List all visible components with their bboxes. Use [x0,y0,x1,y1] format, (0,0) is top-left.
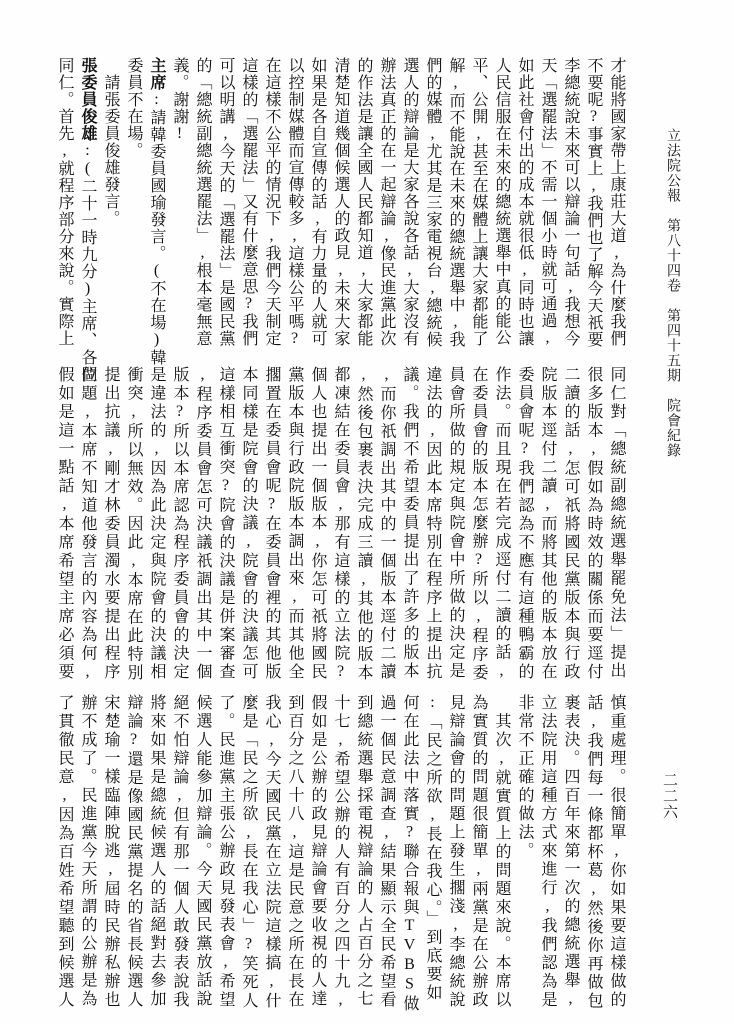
text-column: 議。我們不希望委員提出了許多的版本 [398,366,421,686]
text-column: 員會所做的規定與院會中所做的決定是 [444,366,467,686]
text-column: 們的媒體,尤其是三家電視台,總統候 [421,57,444,351]
text-section-bottom: 慎重處理。很簡單,你如果要這樣做的話,我們每一條都杯葛,然後你再做包裹表決。四百… [46,694,628,1016]
text-column: 清楚知道幾個候選人的政見,未來大家 [329,57,352,351]
text-column: 同仁。首先,就程序部分來說。實際上 [53,57,76,351]
text-column: 在委員會的版本怎麼辦?所以,程序委 [467,366,490,686]
text-column: 其次,就實質上的問題來說。本席以 [490,694,513,1016]
text-column: 如此社會付出的成本就很低,同時也讓 [513,57,536,351]
text-column: 慎重處理。很簡單,你如果要這樣做的 [605,694,628,1016]
text-column: 在這樣不公平的情況下,我們今天制定 [260,57,283,351]
text-column: 版本?所以本席認為程序委員會的決定 [168,366,191,686]
text-column: 將來如果是總統候選人的話絕對去參加 [145,694,168,1016]
text-column: 是違法的,因為此決定與院會的決議相 [145,366,168,686]
speaker-name: 主席 [148,57,165,91]
text-column: 委員不在場。 [122,57,145,351]
text-column: 假如是公辦的政見辯論會要收視的人達 [306,694,329,1016]
text-column: 的作法是讓全國人民都知道,大家都能 [352,57,375,351]
text-column: 假如是這一點話,本席希望主席必須要 [53,366,76,686]
text-column: 話,我們每一條都杯葛,然後你再做包 [582,694,605,1016]
text-column: 都凍結在委員會,那有這樣的立法院? [329,366,352,686]
text-column: 主席:請韓委員國瑜發言。(不在場)韓 [145,57,168,351]
text-column: 絕不怕辯論,但有那一個人敢發表說我 [168,694,191,1016]
text-column: 候選人能參加辯論。今天國民黨放話說 [191,694,214,1016]
text-column: 了貫徹民意,因為百姓希望聽到候選人 [53,694,76,1016]
text-column: ,然後包裹表決完成三讀,其他的版本 [352,366,375,686]
text-column: 不要呢?事實上,我們也了解今天祇要 [582,57,605,351]
text-column: 何在此法中落實?聯合報與TVBS做 [398,694,421,1016]
text-column: 我心,今天國民黨在立法院這樣搞,什 [260,694,283,1016]
text-column: 非常不正確的做法。 [513,694,536,1016]
text-column: 個人也提出一個版本,你怎可祇將國民 [306,366,329,686]
text-column: 十七,希望公辦的人有百分之四十九, [329,694,352,1016]
text-column: 很多版本,假如為時效的關係而要逕付 [582,366,605,686]
text-column: 張委員俊雄:(二十一時九分)主席、各位 [76,57,99,351]
text-column: 了。民進黨主張公辦政見發表會,希望 [214,694,237,1016]
gazette-page: 立法院公報 第八十四卷 第四十五期 院會紀錄 二二六 才能將國家帶上康莊大道,為… [0,0,734,1024]
text-column: 辦不成了。民進黨今天所謂的公辦是為 [76,694,99,1016]
text-section-middle: 同仁對「總統副總統選舉罷免法」提出很多版本,假如為時效的關係而要逕付二讀的話,怎… [46,366,628,686]
text-column: 作法。而且現在若完成逕付二讀的話, [490,366,513,686]
text-column: 李總統說未來可以辯論一句話,我想今 [559,57,582,351]
text-column: 宋楚瑜一樣臨陣脫逃,屆時民辦私辦也 [99,694,122,1016]
text-column: 才能將國家帶上康莊大道,為什麼我們 [605,57,628,351]
text-column: 過一個民意調查,結果顯示全民希望看 [375,694,398,1016]
text-column: 解,而不能說在未來的總統選舉中,我 [444,57,467,351]
text-column: 辦法真正的在一起辯論,像民進黨此次 [375,57,398,351]
text-column: 違法的,因此本席特別在程序上提出抗 [421,366,444,686]
text-column: 到總統選舉採電視辯論的人占百分之七 [352,694,375,1016]
text-column: 辯論?還是像國民黨提名的省長候選人 [122,694,145,1016]
text-column: 見辯論會的問題上發生擱淺,李總統說 [444,694,467,1016]
text-column: 人民信服在未來的總統選舉中真的能公 [490,57,513,351]
text-section-top: 才能將國家帶上康莊大道,為什麼我們不要呢?事實上,我們也了解今天祇要李總統說未來… [46,57,628,351]
text-column: 衝突,所以無效。因此,本席在此特別 [122,366,145,686]
text-column: 裹表決。四百年來第一次的總統選舉, [559,694,582,1016]
speaker-name: 張委員俊雄 [79,57,96,142]
text-column: 二讀的話,怎可祇將國民黨版本與行政 [559,366,582,686]
text-column: 義。謝謝! [168,57,191,351]
text-column: 以控制媒體而宣傳較多,這樣公平嗎? [283,57,306,351]
text-column: 本同樣是院會的決議,院會的決議怎可 [237,366,260,686]
text-column: 提出抗議,剛才林委員濁水要提出程序 [99,366,122,686]
text-column: 請張委員俊雄發言。 [99,57,122,351]
text-column: 如果是各自宣傳的話,有力量的人就可 [306,57,329,351]
text-column: 院版本逕付二讀,而將其他的版本放在 [536,366,559,686]
text-column: 擱置在委員會呢?在委員會裡的其他版 [260,366,283,686]
page-number: 二二六 [659,772,680,842]
text-column: 黨版本與行政院版本調出來,而其他全 [283,366,306,686]
text-column: :「民之所欲,長在我心。」到底要如 [421,694,444,1016]
text-column: 這樣的「選罷法」又有什麼意思?我們 [237,57,260,351]
text-column: 的「總統副總統選罷法」,根本毫無意 [191,57,214,351]
text-column: 立法院用這種方式來進行,我們認為是 [536,694,559,1016]
text-column: 天「選罷法」不需一個小時就可通過, [536,57,559,351]
text-column: ,而你祇調出其中的一個版本逕付二讀 [375,366,398,686]
text-column: 委員會呢?我們認為不應有這種鴨霸的 [513,366,536,686]
text-column: 平、公開,甚至在媒體上讓大家都能了 [467,57,490,351]
text-column: 為實質的問題很簡單,兩黨是在公辦政 [467,694,490,1016]
text-column: 同仁對「總統副總統選舉罷免法」提出 [605,366,628,686]
text-column: 可以明講,今天的「選罷法」是國民黨 [214,57,237,351]
text-column: 到百分之八十八,這是民意之所在長在 [283,694,306,1016]
text-column: 麼是「民之所欲,長在我心」?笑死人 [237,694,260,1016]
text-column: 選人的辯論是大家各說各話,大家沒有 [398,57,421,351]
text-column: ,程序委員會怎可決議祇調出其中一個 [191,366,214,686]
running-head: 立法院公報 第八十四卷 第四十五期 院會紀錄 [662,128,682,478]
text-column: 這樣相互衝突?院會的決議是併案審查 [214,366,237,686]
text-column: 問題,本席不知道他發言的內容為何, [76,366,99,686]
